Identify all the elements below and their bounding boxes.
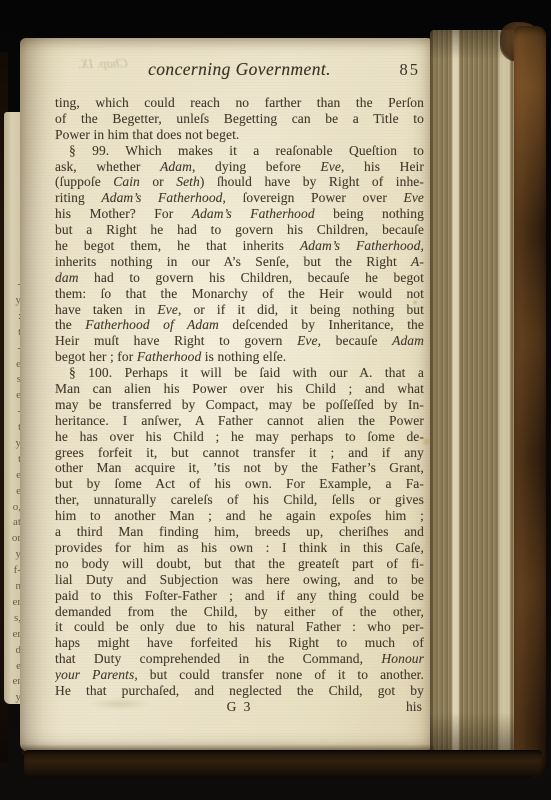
sliver-fragment xyxy=(4,150,21,166)
page-number: 85 xyxy=(400,60,421,80)
sliver-fragment: d xyxy=(4,643,21,659)
photo-background: -y:t-ese-tyteeo,atoryf-ners,erdeerye- Ch… xyxy=(0,0,551,800)
text-line: inherits nothing in our A’s Senſe, but t… xyxy=(55,254,424,270)
text-line: that Duty comprehended in the Command, H… xyxy=(55,651,424,667)
sliver-fragment: t xyxy=(4,420,21,436)
sliver-fragment: : xyxy=(4,309,21,325)
text-line: it could be only due to his natural Fath… xyxy=(55,619,424,635)
sliver-fragment: e xyxy=(4,357,21,373)
sliver-fragment: y xyxy=(4,293,21,309)
sliver-fragment: n xyxy=(4,579,21,595)
text-line: the Fatherhood of Adam deſcended by Inhe… xyxy=(55,317,424,333)
sliver-fragment: o, xyxy=(4,500,21,516)
text-line: ask, whether Adam, dying before Eve, his… xyxy=(55,159,424,175)
text-line: He that purchaſed, and neglected the Chi… xyxy=(55,683,424,699)
text-line: heritance. I anſwer, A Father cannot ali… xyxy=(55,413,424,429)
sliver-fragment: e xyxy=(4,388,21,404)
text-line: of the Begetter, unleſs Begetting can be… xyxy=(55,111,424,127)
text-line: Heir muſt have Right to govern Eve, beca… xyxy=(55,333,424,349)
sliver-fragment: y xyxy=(4,690,21,704)
text-line: but by ſome Act of his own. For Example,… xyxy=(55,476,424,492)
sliver-fragment xyxy=(4,198,21,214)
text-line: begot her ; for Fatherhood is nothing el… xyxy=(55,349,424,365)
text-line: Power in him that does not beget. xyxy=(55,127,424,143)
text-line: paid to this Foſter-Father ; and if any … xyxy=(55,588,424,604)
sliver-fragment: e xyxy=(4,659,21,675)
text-line: riting Adam’s Fatherhood, ſovereign Powe… xyxy=(55,190,424,206)
text-line: § 99. Which makes it a reaſonable Queſti… xyxy=(55,143,424,159)
sliver-fragment: at xyxy=(4,515,21,531)
sliver-fragment: t xyxy=(4,452,21,468)
text-line: grees forfeit it, but cannot transfer it… xyxy=(55,445,424,461)
sliver-fragment xyxy=(4,166,21,182)
sliver-fragment: - xyxy=(4,341,21,357)
text-line: your Parents, but could transfer none of… xyxy=(55,667,424,683)
bottom-cover-board xyxy=(24,750,542,778)
text-line: demanded from the Child, by either of th… xyxy=(55,604,424,620)
text-line: him to another Man ; and he again expoſe… xyxy=(55,508,424,524)
text-line: no body will doubt, but that the greateſ… xyxy=(55,556,424,572)
foxing-spot xyxy=(412,300,418,305)
text-line: dam had to govern his Children, becauſe … xyxy=(55,270,424,286)
sliver-fragment: y xyxy=(4,547,21,563)
book-page: Chap. IX. concerning Government. 85 ting… xyxy=(20,38,430,752)
text-line: have taken in Eve, or if it did, it bein… xyxy=(55,302,424,318)
text-line: ther, unnaturally careleſs of his Child,… xyxy=(55,492,424,508)
sliver-fragment: s xyxy=(4,372,21,388)
text-line: haps might have forfeited his Right to m… xyxy=(55,635,424,651)
text-line: other Man acquire it, ’tis not by the Fa… xyxy=(55,460,424,476)
sliver-fragment xyxy=(4,229,21,245)
text-line: may be transferred by Compact, may be po… xyxy=(55,397,424,413)
sliver-fragment xyxy=(4,182,21,198)
text-line: but a Right he had to govern his Childre… xyxy=(55,222,424,238)
text-block: ting, which could reach no farther than … xyxy=(55,95,424,715)
text-line: provides for him as his own : I think in… xyxy=(55,540,424,556)
sliver-fragment xyxy=(4,245,21,261)
text-line: (ſuppoſe Cain or Seth) ſhould have by Ri… xyxy=(55,174,424,190)
sliver-fragment xyxy=(4,261,21,277)
sliver-fragment: er xyxy=(4,595,21,611)
running-title: concerning Government. xyxy=(148,59,331,79)
text-line: a third Man finding him, breeds up, cher… xyxy=(55,524,424,540)
sliver-fragment: - xyxy=(4,277,21,293)
sliver-fragment: t xyxy=(4,325,21,341)
sliver-fragment: - xyxy=(4,404,21,420)
sliver-fragment: or xyxy=(4,531,21,547)
sliver-fragment: f- xyxy=(4,563,21,579)
sliver-fragment: s, xyxy=(4,611,21,627)
sliver-fragment: y xyxy=(4,436,21,452)
sliver-fragment: er xyxy=(4,627,21,643)
page-header: concerning Government. 85 xyxy=(55,59,424,83)
catchword: his xyxy=(406,699,422,715)
text-line: he begot them, he that inherits Adam’s F… xyxy=(55,238,424,254)
fore-edge-pages xyxy=(430,30,518,756)
sliver-fragment: er xyxy=(4,674,21,690)
text-line: ting, which could reach no farther than … xyxy=(55,95,424,111)
text-line: them: ſo that the Monarchy of the Heir w… xyxy=(55,286,424,302)
ink-smudge xyxy=(90,698,150,710)
sliver-fragment: e xyxy=(4,468,21,484)
text-line: Man can alien his Power over his Child ;… xyxy=(55,381,424,397)
sliver-fragment: e xyxy=(4,484,21,500)
text-line: his Mother? For Adam’s Fatherhood being … xyxy=(55,206,424,222)
right-cover-edge xyxy=(514,26,546,778)
sliver-fragment xyxy=(4,214,21,230)
text-line: he has over his Child ; he may perhaps t… xyxy=(55,429,424,445)
text-line: lial Duty and Subjection was here owing,… xyxy=(55,572,424,588)
text-line: § 100. Perhaps it will be ſaid with our … xyxy=(55,365,424,381)
